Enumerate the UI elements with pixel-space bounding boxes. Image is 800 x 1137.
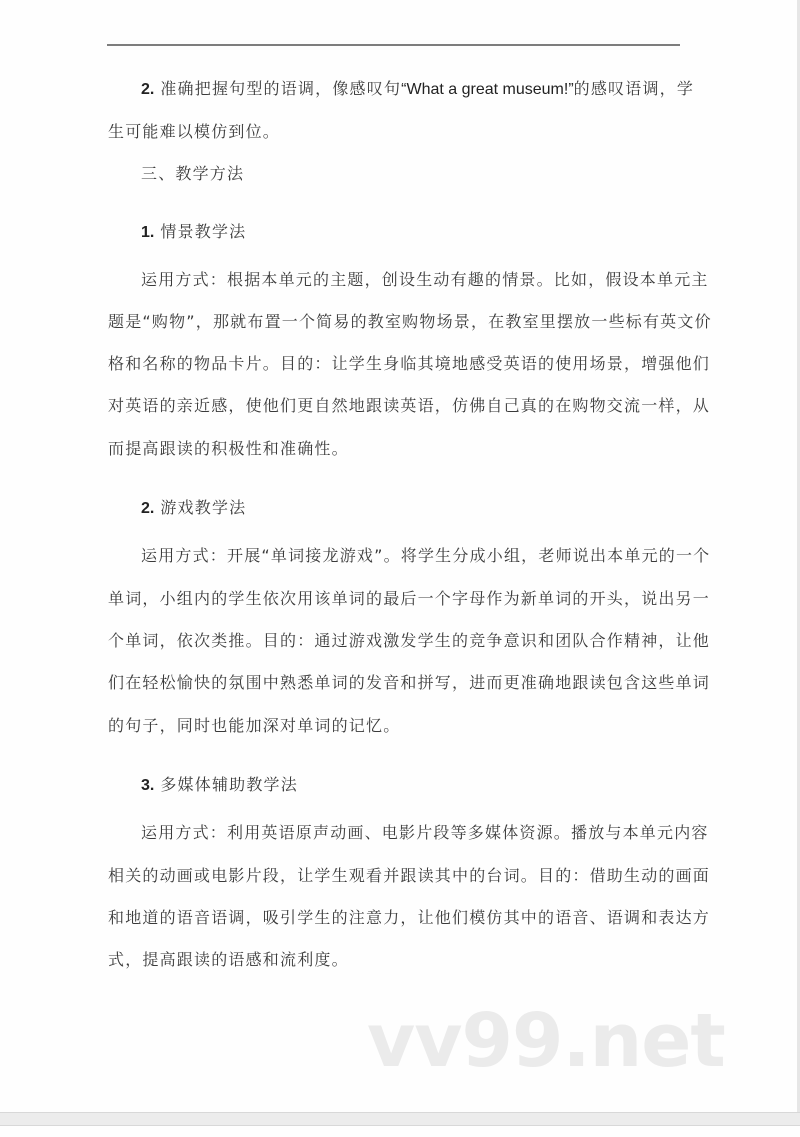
text: 的感叹语调，学: [574, 79, 694, 98]
paragraph-line: 运用方式：根据本单元的主题，创设生动有趣的情景。比如，假设本单元主: [141, 268, 709, 292]
paragraph-line: 们在轻松愉快的氛围中熟悉单词的发音和拼写，进而更准确地跟读包含这些单词: [108, 671, 710, 695]
paragraph-line: 格和名称的物品卡片。目的：让学生身临其境地感受英语的使用场景，增强他们: [108, 352, 710, 376]
paragraph-line: 运用方式：开展“单词接龙游戏”。将学生分成小组，老师说出本单元的一个: [141, 544, 710, 568]
paragraph-line: 单词，小组内的学生依次用该单词的最后一个字母作为新单词的开头，说出另一: [108, 587, 710, 611]
section-heading: 三、教学方法: [141, 162, 244, 186]
english-quote: “What a great museum!”: [401, 81, 574, 98]
paragraph-line: 的句子，同时也能加深对单词的记忆。: [108, 714, 400, 738]
item-number: 3.: [141, 777, 154, 794]
method-title: 多媒体辅助教学法: [160, 775, 298, 794]
paragraph-line: 题是“购物”，那就布置一个简易的教室购物场景，在教室里摆放一些标有英文价: [108, 310, 712, 334]
watermark: vv99.net: [367, 998, 725, 1084]
item-number: 2.: [141, 81, 154, 98]
next-page-top: [0, 1126, 800, 1137]
paragraph-line: 而提高跟读的积极性和准确性。: [108, 437, 349, 461]
method-title: 游戏教学法: [160, 498, 246, 517]
method-heading: 3.多媒体辅助教学法: [141, 773, 298, 797]
header-rule: [107, 44, 680, 46]
paragraph-line: 生可能难以模仿到位。: [108, 120, 280, 144]
paragraph-line: 个单词，依次类推。目的：通过游戏激发学生的竞争意识和团队合作精神，让他: [108, 629, 710, 653]
item-number: 2.: [141, 500, 154, 517]
document-page: 2.准确把握句型的语调，像感叹句“What a great museum!”的感…: [0, 0, 800, 1112]
paragraph-line: 相关的动画或电影片段，让学生观看并跟读其中的台词。目的：借助生动的画面: [108, 864, 710, 888]
method-heading: 2.游戏教学法: [141, 496, 246, 520]
paragraph-line: 对英语的亲近感，使他们更自然地跟读英语，仿佛自己真的在购物交流一样，从: [108, 394, 710, 418]
paragraph-line: 和地道的语音语调，吸引学生的注意力，让他们模仿其中的语音、语调和表达方: [108, 906, 710, 930]
paragraph-line: 运用方式：利用英语原声动画、电影片段等多媒体资源。播放与本单元内容: [141, 821, 709, 845]
item-number: 1.: [141, 224, 154, 241]
text: 准确把握句型的语调，像感叹句: [160, 79, 401, 98]
paragraph-line: 式，提高跟读的语感和流利度。: [108, 948, 349, 972]
method-title: 情景教学法: [160, 222, 246, 241]
method-heading: 1.情景教学法: [141, 220, 246, 244]
paragraph-line: 2.准确把握句型的语调，像感叹句“What a great museum!”的感…: [141, 77, 694, 101]
page-break: [0, 1112, 800, 1126]
